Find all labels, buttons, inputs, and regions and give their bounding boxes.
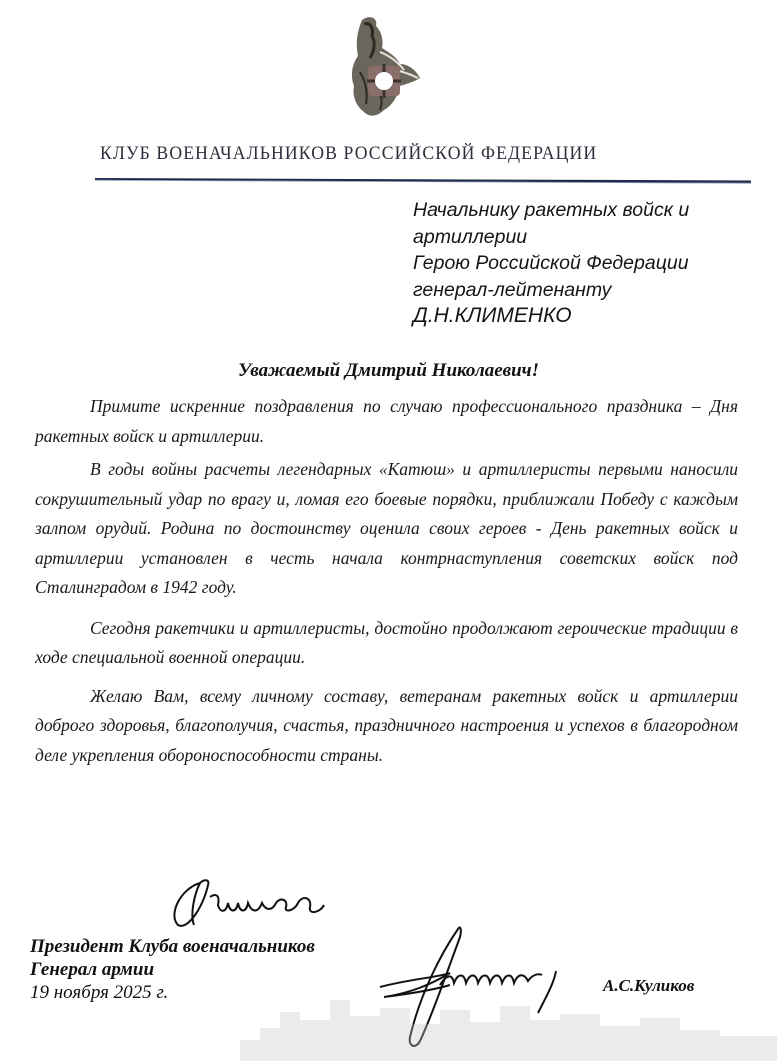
addressee-block: Начальнику ракетных войск и артиллерии Г… bbox=[413, 197, 753, 330]
club-emblem-icon bbox=[340, 12, 430, 122]
handwritten-signature-icon bbox=[160, 875, 360, 930]
city-skyline-watermark bbox=[0, 990, 777, 1061]
addressee-line: Начальнику ракетных войск и bbox=[413, 197, 753, 224]
signer-rank: Генерал армии bbox=[30, 958, 390, 981]
letter-body: Примите искренние поздравления по случаю… bbox=[35, 392, 738, 770]
addressee-name: Д.Н.КЛИМЕНКО bbox=[413, 303, 753, 330]
paragraph: В годы войны расчеты легендарных «Катюш»… bbox=[35, 455, 738, 603]
salutation: Уважаемый Дмитрий Николаевич! bbox=[0, 360, 777, 382]
paragraph: Примите искренние поздравления по случаю… bbox=[35, 392, 738, 451]
organization-name: КЛУБ ВОЕНАЧАЛЬНИКОВ РОССИЙСКОЙ ФЕДЕРАЦИИ bbox=[100, 143, 658, 165]
paragraph: Желаю Вам, всему личному составу, ветера… bbox=[35, 682, 738, 771]
paragraph: Сегодня ракетчики и артиллеристы, достой… bbox=[35, 614, 738, 673]
signer-title: Президент Клуба военачальников bbox=[30, 935, 390, 958]
letterhead-divider bbox=[95, 176, 751, 184]
addressee-line: артиллерии bbox=[413, 224, 753, 251]
addressee-line: Герою Российской Федерации bbox=[413, 250, 753, 277]
addressee-line: генерал-лейтенанту bbox=[413, 277, 753, 304]
